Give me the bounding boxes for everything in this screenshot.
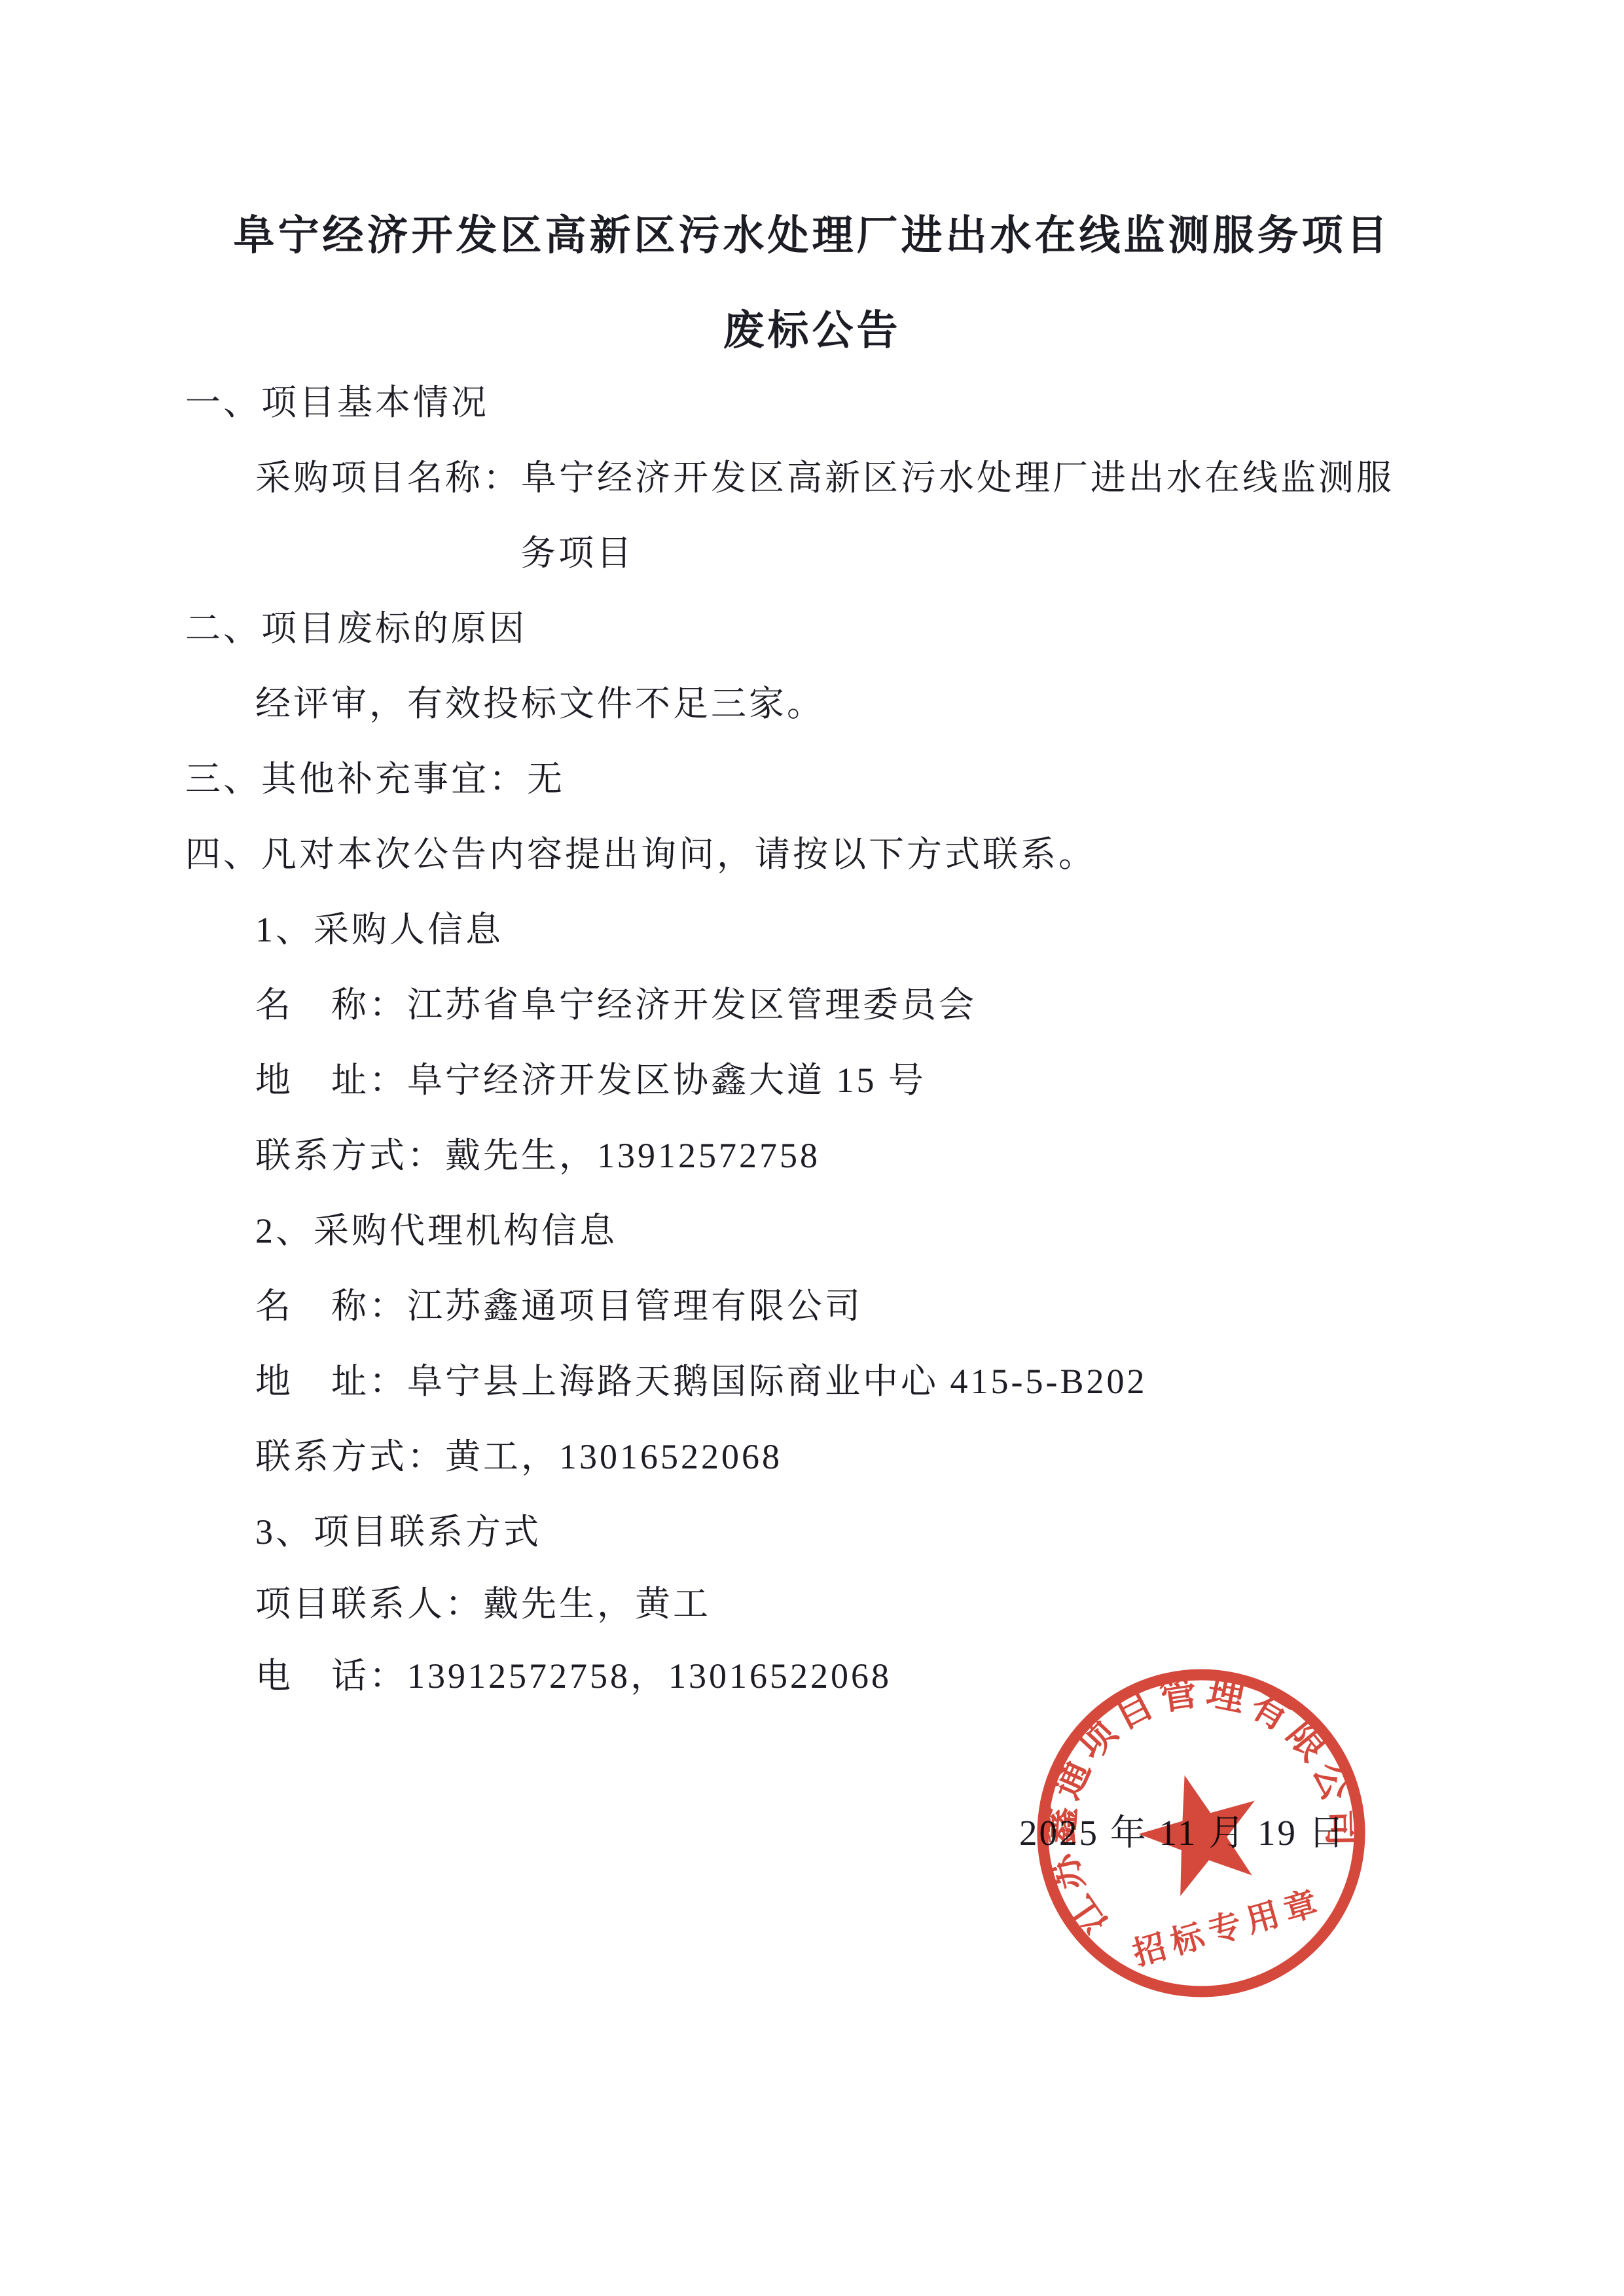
- star-icon: [1127, 1758, 1274, 1903]
- agency-name-line: 名 称：江苏鑫通项目管理有限公司: [255, 1280, 863, 1332]
- section-1-heading: 一、项目基本情况: [185, 376, 489, 429]
- company-stamp: 江苏鑫通项目管理有限公司 招标专用章: [1015, 1647, 1388, 2020]
- project-name-continuation: 务项目: [520, 527, 634, 579]
- document-title-line2: 废标公告: [0, 304, 1624, 357]
- purchaser-name-line: 名 称：江苏省阜宁经济开发区管理委员会: [255, 979, 977, 1031]
- project-contact-heading: 3、项目联系方式: [255, 1506, 541, 1558]
- cancellation-reason-line: 经评审，有效投标文件不足三家。: [255, 678, 825, 730]
- project-name-line: 采购项目名称：阜宁经济开发区高新区污水处理厂进出水在线监测服: [255, 452, 1394, 504]
- section-2-heading: 二、项目废标的原因: [185, 602, 527, 655]
- purchaser-address-line: 地 址：阜宁经济开发区协鑫大道 15 号: [255, 1054, 926, 1106]
- purchaser-info-heading: 1、采购人信息: [255, 903, 503, 956]
- agency-address-line: 地 址：阜宁县上海路天鹅国际商业中心 415-5-B202: [255, 1355, 1147, 1408]
- announcement-page: 阜宁经济开发区高新区污水处理厂进出水在线监测服务项目 废标公告 一、项目基本情况…: [0, 0, 1624, 2296]
- project-contact-person-line: 项目联系人：戴先生，黄工: [255, 1578, 711, 1630]
- purchaser-contact-line: 联系方式：戴先生，13912572758: [255, 1129, 820, 1182]
- agency-contact-line: 联系方式：黄工，13016522068: [255, 1430, 782, 1483]
- agency-info-heading: 2、采购代理机构信息: [255, 1205, 617, 1257]
- section-4-heading: 四、凡对本次公告内容提出询问，请按以下方式联系。: [185, 828, 1096, 881]
- section-3-heading: 三、其他补充事宜：无: [185, 753, 565, 805]
- project-phone-line: 电 话：13912572758，13016522068: [255, 1650, 892, 1702]
- document-title-line1: 阜宁经济开发区高新区污水处理厂进出水在线监测服务项目: [0, 210, 1624, 262]
